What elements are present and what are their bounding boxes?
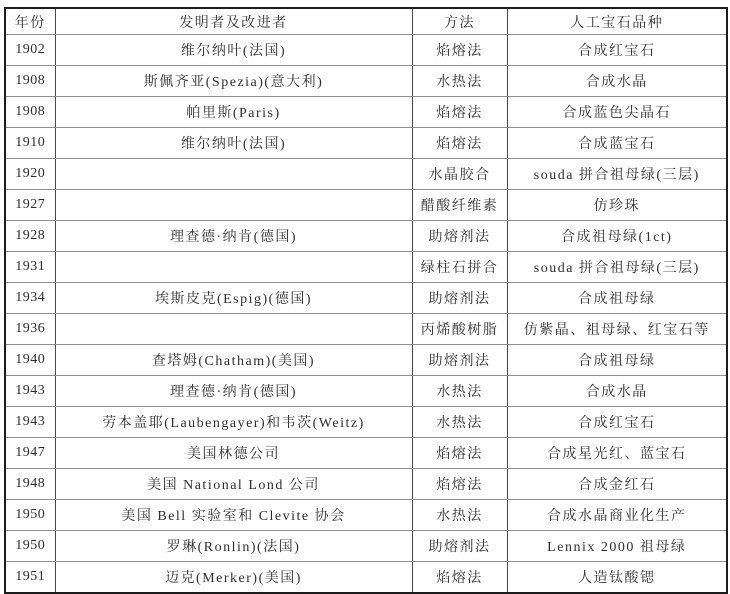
method-cell: 水晶胶合 <box>412 159 507 190</box>
product-cell: Lennix 2000 祖母绿 <box>507 531 727 562</box>
year-cell: 1943 <box>5 407 55 438</box>
method-cell: 丙烯酸树脂 <box>412 314 507 345</box>
product-cell: 合成祖母绿 <box>507 345 727 376</box>
product-cell: 合成祖母绿(1ct) <box>507 221 727 252</box>
col-header-inventor: 发明者及改进者 <box>55 8 412 35</box>
inventor-cell: 埃斯皮克(Espig)(德国) <box>55 283 412 314</box>
inventor-cell <box>55 314 412 345</box>
inventor-cell: 罗琳(Ronlin)(法国) <box>55 531 412 562</box>
year-cell: 1910 <box>5 128 55 159</box>
method-cell: 助熔剂法 <box>412 531 507 562</box>
method-cell: 水热法 <box>412 66 507 97</box>
method-cell: 助熔剂法 <box>412 221 507 252</box>
year-cell: 1927 <box>5 190 55 221</box>
product-cell: 合成水晶商业化生产 <box>507 500 727 531</box>
product-cell: 合成水晶 <box>507 66 727 97</box>
col-header-year: 年份 <box>5 8 55 35</box>
table-row: 1931绿柱石拼合souda 拼合祖母绿(三层) <box>5 252 727 283</box>
year-cell: 1936 <box>5 314 55 345</box>
inventor-cell: 理查德·纳肯(德国) <box>55 221 412 252</box>
inventor-cell: 理查德·纳肯(德国) <box>55 376 412 407</box>
table-row: 1951迈克(Merker)(美国)焰熔法人造钛酸锶 <box>5 562 727 594</box>
col-header-product: 人工宝石品种 <box>507 8 727 35</box>
table-header: 年份 发明者及改进者 方法 人工宝石品种 <box>5 8 727 35</box>
product-cell: 合成金红石 <box>507 469 727 500</box>
table-row: 1908斯佩齐亚(Spezia)(意大利)水热法合成水晶 <box>5 66 727 97</box>
method-cell: 水热法 <box>412 500 507 531</box>
inventor-cell <box>55 190 412 221</box>
table-row: 1934埃斯皮克(Espig)(德国)助熔剂法合成祖母绿 <box>5 283 727 314</box>
table-row: 1908帕里斯(Paris)焰熔法合成蓝色尖晶石 <box>5 97 727 128</box>
method-cell: 水热法 <box>412 376 507 407</box>
product-cell: 人造钛酸锶 <box>507 562 727 594</box>
inventor-cell: 维尔纳叶(法国) <box>55 35 412 66</box>
year-cell: 1947 <box>5 438 55 469</box>
year-cell: 1950 <box>5 500 55 531</box>
table-row: 1928理查德·纳肯(德国)助熔剂法合成祖母绿(1ct) <box>5 221 727 252</box>
gemstone-history-table: 年份 发明者及改进者 方法 人工宝石品种 1902维尔纳叶(法国)焰熔法合成红宝… <box>4 7 728 594</box>
product-cell: souda 拼合祖母绿(三层) <box>507 252 727 283</box>
table-row: 1948美国 National Lond 公司焰熔法合成金红石 <box>5 469 727 500</box>
inventor-cell: 美国 Bell 实验室和 Clevite 协会 <box>55 500 412 531</box>
table-row: 1950罗琳(Ronlin)(法国)助熔剂法Lennix 2000 祖母绿 <box>5 531 727 562</box>
inventor-cell: 劳本盖耶(Laubengayer)和韦茨(Weitz) <box>55 407 412 438</box>
inventor-cell: 迈克(Merker)(美国) <box>55 562 412 594</box>
table-row: 1920水晶胶合souda 拼合祖母绿(三层) <box>5 159 727 190</box>
table-row: 1950美国 Bell 实验室和 Clevite 协会水热法合成水晶商业化生产 <box>5 500 727 531</box>
table-row: 1940查塔姆(Chatham)(美国)助熔剂法合成祖母绿 <box>5 345 727 376</box>
year-cell: 1943 <box>5 376 55 407</box>
method-cell: 焰熔法 <box>412 562 507 594</box>
product-cell: 合成祖母绿 <box>507 283 727 314</box>
method-cell: 焰熔法 <box>412 97 507 128</box>
product-cell: 仿珍珠 <box>507 190 727 221</box>
product-cell: 合成红宝石 <box>507 35 727 66</box>
inventor-cell: 查塔姆(Chatham)(美国) <box>55 345 412 376</box>
table-row: 1902维尔纳叶(法国)焰熔法合成红宝石 <box>5 35 727 66</box>
method-cell: 醋酸纤维素 <box>412 190 507 221</box>
product-cell: souda 拼合祖母绿(三层) <box>507 159 727 190</box>
year-cell: 1902 <box>5 35 55 66</box>
product-cell: 合成红宝石 <box>507 407 727 438</box>
year-cell: 1931 <box>5 252 55 283</box>
method-cell: 助熔剂法 <box>412 345 507 376</box>
col-header-method: 方法 <box>412 8 507 35</box>
year-cell: 1934 <box>5 283 55 314</box>
inventor-cell: 美国 National Lond 公司 <box>55 469 412 500</box>
scanned-document-page: 年份 发明者及改进者 方法 人工宝石品种 1902维尔纳叶(法国)焰熔法合成红宝… <box>0 0 730 587</box>
product-cell: 仿紫晶、祖母绿、红宝石等 <box>507 314 727 345</box>
year-cell: 1920 <box>5 159 55 190</box>
year-cell: 1908 <box>5 97 55 128</box>
inventor-cell: 美国林德公司 <box>55 438 412 469</box>
product-cell: 合成蓝色尖晶石 <box>507 97 727 128</box>
inventor-cell: 帕里斯(Paris) <box>55 97 412 128</box>
method-cell: 绿柱石拼合 <box>412 252 507 283</box>
inventor-cell: 斯佩齐亚(Spezia)(意大利) <box>55 66 412 97</box>
year-cell: 1948 <box>5 469 55 500</box>
header-row: 年份 发明者及改进者 方法 人工宝石品种 <box>5 8 727 35</box>
method-cell: 焰熔法 <box>412 469 507 500</box>
method-cell: 助熔剂法 <box>412 283 507 314</box>
table-body: 1902维尔纳叶(法国)焰熔法合成红宝石1908斯佩齐亚(Spezia)(意大利… <box>5 35 727 594</box>
table-row: 1943劳本盖耶(Laubengayer)和韦茨(Weitz)水热法合成红宝石 <box>5 407 727 438</box>
method-cell: 焰熔法 <box>412 438 507 469</box>
year-cell: 1928 <box>5 221 55 252</box>
table-row: 1947美国林德公司焰熔法合成星光红、蓝宝石 <box>5 438 727 469</box>
inventor-cell <box>55 159 412 190</box>
table-row: 1943理查德·纳肯(德国)水热法合成水晶 <box>5 376 727 407</box>
product-cell: 合成星光红、蓝宝石 <box>507 438 727 469</box>
inventor-cell <box>55 252 412 283</box>
table-row: 1927醋酸纤维素仿珍珠 <box>5 190 727 221</box>
product-cell: 合成水晶 <box>507 376 727 407</box>
year-cell: 1940 <box>5 345 55 376</box>
method-cell: 焰熔法 <box>412 128 507 159</box>
product-cell: 合成蓝宝石 <box>507 128 727 159</box>
year-cell: 1908 <box>5 66 55 97</box>
table-row: 1910维尔纳叶(法国)焰熔法合成蓝宝石 <box>5 128 727 159</box>
year-cell: 1950 <box>5 531 55 562</box>
year-cell: 1951 <box>5 562 55 594</box>
inventor-cell: 维尔纳叶(法国) <box>55 128 412 159</box>
method-cell: 焰熔法 <box>412 35 507 66</box>
table-row: 1936丙烯酸树脂仿紫晶、祖母绿、红宝石等 <box>5 314 727 345</box>
method-cell: 水热法 <box>412 407 507 438</box>
